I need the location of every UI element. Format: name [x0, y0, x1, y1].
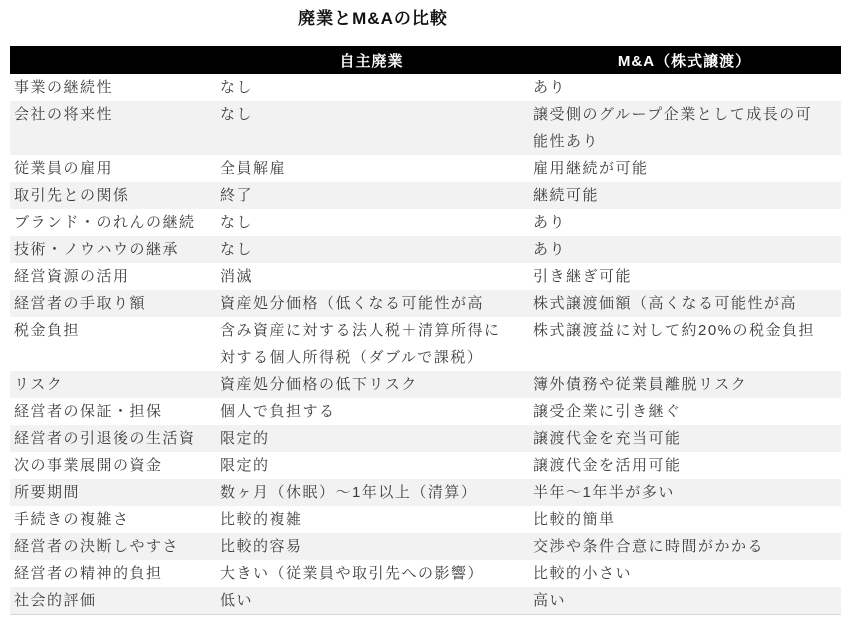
table-body: 事業の継続性 なし あり 会社の将来性 なし 譲受側のグループ企業として成長の可…	[10, 74, 841, 615]
row-label: 経営者の決断しやすさ	[10, 533, 215, 560]
row-label: ブランド・のれんの継続	[10, 209, 215, 236]
jishu-haigyo-cell: 資産処分価格（低くなる可能性が高	[215, 290, 528, 317]
table-row: 経営資源の活用 消滅 引き継ぎ可能	[10, 263, 841, 290]
table-row: リスク 資産処分価格の低下リスク 簿外債務や従業員離脱リスク	[10, 371, 841, 398]
jishu-haigyo-cell: 消滅	[215, 263, 528, 290]
ma-cell: あり	[528, 74, 841, 101]
jishu-haigyo-cell: 低い	[215, 587, 528, 615]
table-header: 自主廃業 M&A（株式譲渡）	[10, 46, 841, 74]
table-row: 経営者の決断しやすさ 比較的容易 交渉や条件合意に時間がかかる	[10, 533, 841, 560]
ma-cell: 引き継ぎ可能	[528, 263, 841, 290]
jishu-haigyo-cell: 限定的	[215, 425, 528, 452]
row-label: リスク	[10, 371, 215, 398]
ma-cell: 株式譲渡益に対して約20%の税金負担	[528, 317, 841, 371]
row-label: 技術・ノウハウの継承	[10, 236, 215, 263]
header-blank-cell	[10, 46, 215, 74]
jishu-haigyo-cell: 限定的	[215, 452, 528, 479]
ma-cell: 雇用継続が可能	[528, 155, 841, 182]
row-label: 経営者の手取り額	[10, 290, 215, 317]
table-row: 経営者の引退後の生活資 限定的 譲渡代金を充当可能	[10, 425, 841, 452]
jishu-haigyo-cell: 全員解雇	[215, 155, 528, 182]
ma-cell: 交渉や条件合意に時間がかかる	[528, 533, 841, 560]
table-row: 事業の継続性 なし あり	[10, 74, 841, 101]
header-jishu-haigyo: 自主廃業	[215, 46, 528, 74]
row-label: 手続きの複雑さ	[10, 506, 215, 533]
ma-cell: 継続可能	[528, 182, 841, 209]
row-label: 取引先との関係	[10, 182, 215, 209]
ma-cell: 半年〜1年半が多い	[528, 479, 841, 506]
ma-cell: 譲受企業に引き継ぐ	[528, 398, 841, 425]
row-label: 経営資源の活用	[10, 263, 215, 290]
row-label: 事業の継続性	[10, 74, 215, 101]
row-label: 次の事業展開の資金	[10, 452, 215, 479]
ma-cell: 譲受側のグループ企業として成長の可 能性あり	[528, 101, 841, 155]
jishu-haigyo-cell: なし	[215, 209, 528, 236]
ma-cell: 比較的小さい	[528, 560, 841, 587]
page: 廃業とM&Aの比較 自主廃業 M&A（株式譲渡） 事業の継続性 なし あり 会社…	[0, 0, 850, 617]
page-title: 廃業とM&Aの比較	[298, 7, 448, 31]
header-ma: M&A（株式譲渡）	[528, 46, 841, 74]
row-label: 税金負担	[10, 317, 215, 371]
row-label: 経営者の精神的負担	[10, 560, 215, 587]
ma-cell: あり	[528, 209, 841, 236]
table-row: 社会的評価 低い 高い	[10, 587, 841, 615]
jishu-haigyo-cell: 資産処分価格の低下リスク	[215, 371, 528, 398]
jishu-haigyo-cell: 大きい（従業員や取引先への影響）	[215, 560, 528, 587]
jishu-haigyo-cell: 終了	[215, 182, 528, 209]
ma-cell: 簿外債務や従業員離脱リスク	[528, 371, 841, 398]
row-label: 従業員の雇用	[10, 155, 215, 182]
ma-cell: 株式譲渡価額（高くなる可能性が高	[528, 290, 841, 317]
jishu-haigyo-cell: なし	[215, 236, 528, 263]
jishu-haigyo-cell: 個人で負担する	[215, 398, 528, 425]
jishu-haigyo-cell: なし	[215, 74, 528, 101]
table-row: 所要期間 数ヶ月（休眠）〜1年以上（清算） 半年〜1年半が多い	[10, 479, 841, 506]
jishu-haigyo-cell: 含み資産に対する法人税＋清算所得に 対する個人所得税（ダブルで課税）	[215, 317, 528, 371]
ma-cell: 高い	[528, 587, 841, 615]
ma-cell: あり	[528, 236, 841, 263]
table-row: 技術・ノウハウの継承 なし あり	[10, 236, 841, 263]
row-label: 所要期間	[10, 479, 215, 506]
ma-cell: 譲渡代金を充当可能	[528, 425, 841, 452]
table-row: 経営者の保証・担保 個人で負担する 譲受企業に引き継ぐ	[10, 398, 841, 425]
table-row: 取引先との関係 終了 継続可能	[10, 182, 841, 209]
ma-cell: 譲渡代金を活用可能	[528, 452, 841, 479]
table-row: ブランド・のれんの継続 なし あり	[10, 209, 841, 236]
jishu-haigyo-cell: 比較的複雑	[215, 506, 528, 533]
jishu-haigyo-cell: なし	[215, 101, 528, 155]
row-label: 経営者の保証・担保	[10, 398, 215, 425]
comparison-table: 自主廃業 M&A（株式譲渡） 事業の継続性 なし あり 会社の将来性 なし 譲受…	[10, 46, 841, 615]
row-label: 経営者の引退後の生活資	[10, 425, 215, 452]
row-label: 社会的評価	[10, 587, 215, 615]
table-row: 次の事業展開の資金 限定的 譲渡代金を活用可能	[10, 452, 841, 479]
header-row: 自主廃業 M&A（株式譲渡）	[10, 46, 841, 74]
row-label: 会社の将来性	[10, 101, 215, 155]
ma-cell: 比較的簡単	[528, 506, 841, 533]
jishu-haigyo-cell: 数ヶ月（休眠）〜1年以上（清算）	[215, 479, 528, 506]
table-row: 会社の将来性 なし 譲受側のグループ企業として成長の可 能性あり	[10, 101, 841, 155]
table-row: 経営者の精神的負担 大きい（従業員や取引先への影響） 比較的小さい	[10, 560, 841, 587]
table-row: 経営者の手取り額 資産処分価格（低くなる可能性が高 株式譲渡価額（高くなる可能性…	[10, 290, 841, 317]
table-row: 税金負担 含み資産に対する法人税＋清算所得に 対する個人所得税（ダブルで課税） …	[10, 317, 841, 371]
table-row: 従業員の雇用 全員解雇 雇用継続が可能	[10, 155, 841, 182]
jishu-haigyo-cell: 比較的容易	[215, 533, 528, 560]
title-wrap: 廃業とM&Aの比較	[0, 0, 850, 31]
table-row: 手続きの複雑さ 比較的複雑 比較的簡単	[10, 506, 841, 533]
